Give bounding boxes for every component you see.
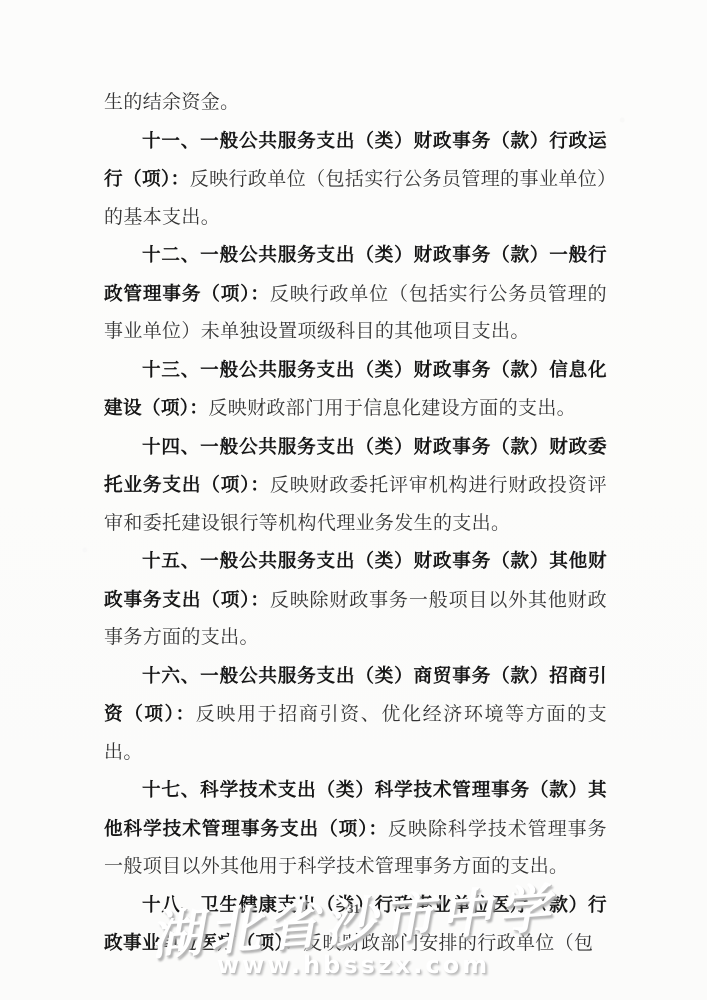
paragraph-item-15: 十五、一般公共服务支出（类）财政事务（款）其他财政事务支出（项）：反映除财政事务…	[104, 542, 607, 657]
paragraph-item-16: 十六、一般公共服务支出（类）商贸事务（款）招商引资（项）：反映用于招商引资、优化…	[104, 657, 607, 772]
paragraph-body: 生的结余资金。	[104, 92, 239, 113]
paragraph-item-17: 十七、科学技术支出（类）科学技术管理事务（款）其他科学技术管理事务支出（项）：反…	[104, 771, 607, 886]
paragraph-body: 反映财政部门安排的行政单位（包	[303, 933, 593, 954]
paragraph-item-18: 十八、卫生健康支出（类）行政事业单位医疗（款）行政事业单位医疗（项）：反映财政部…	[104, 886, 607, 963]
paragraph-item-13: 十三、一般公共服务支出（类）财政事务（款）信息化建设（项）：反映财政部门用于信息…	[104, 351, 607, 428]
paragraph-item-11: 十一、一般公共服务支出（类）财政事务（款）行政运行（项）：反映行政单位（包括实行…	[104, 122, 607, 237]
paragraph-body: 反映财政部门用于信息化建设方面的支出。	[208, 398, 576, 419]
document-page: 生的结余资金。 十一、一般公共服务支出（类）财政事务（款）行政运行（项）：反映行…	[0, 0, 707, 1000]
paragraph-item-14: 十四、一般公共服务支出（类）财政事务（款）财政委托业务支出（项）：反映财政委托评…	[104, 428, 607, 543]
page-number: 31	[0, 902, 707, 917]
document-text-block: 生的结余资金。 十一、一般公共服务支出（类）财政事务（款）行政运行（项）：反映行…	[104, 84, 607, 963]
paragraph-item-12: 十二、一般公共服务支出（类）财政事务（款）一般行政管理事务（项）：反映行政单位（…	[104, 236, 607, 351]
paragraph-continuation: 生的结余资金。	[104, 84, 607, 122]
